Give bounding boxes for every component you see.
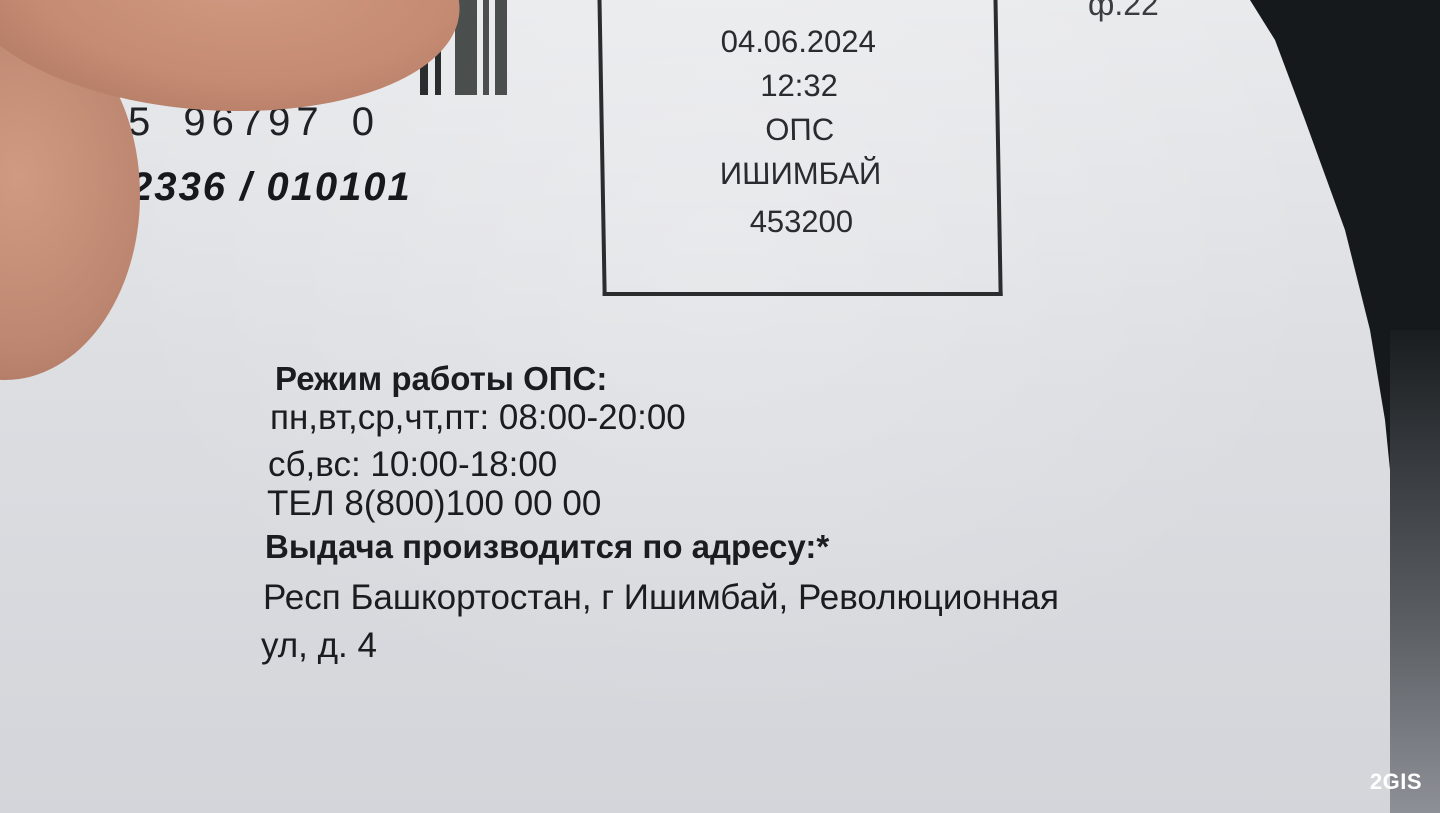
pickup-title: Выдача производится по адресу:* bbox=[265, 528, 829, 566]
office-phone: ТЕЛ 8(800)100 00 00 bbox=[267, 484, 601, 524]
pickup-address-line2: ул, д. 4 bbox=[261, 626, 377, 666]
schedule-weekend: сб,вс: 10:00-18:00 bbox=[268, 445, 557, 485]
post-office-stamp: 04.06.2024 12:32 ОПС ИШИМБАЙ 453200 bbox=[597, 0, 1002, 296]
stamp-postcode: 453200 bbox=[605, 204, 998, 240]
2gis-watermark: 2GIS bbox=[1370, 769, 1422, 795]
stamp-city: ИШИМБАЙ bbox=[604, 156, 997, 192]
schedule-weekdays: пн,вт,ср,чт,пт: 08:00-20:00 bbox=[270, 398, 686, 438]
pickup-address-line1: Респ Башкортостан, г Ишимбай, Революцион… bbox=[263, 578, 1059, 618]
schedule-title: Режим работы ОПС: bbox=[275, 360, 607, 398]
stamp-time: 12:32 bbox=[603, 68, 996, 104]
stamp-office-type: ОПС bbox=[603, 112, 996, 148]
stamp-date: 04.06.2024 bbox=[602, 24, 995, 60]
form-number: ф.22 bbox=[1088, 0, 1159, 23]
background-surface bbox=[1390, 330, 1440, 813]
tracking-code: 2336 / 010101 bbox=[130, 165, 412, 210]
